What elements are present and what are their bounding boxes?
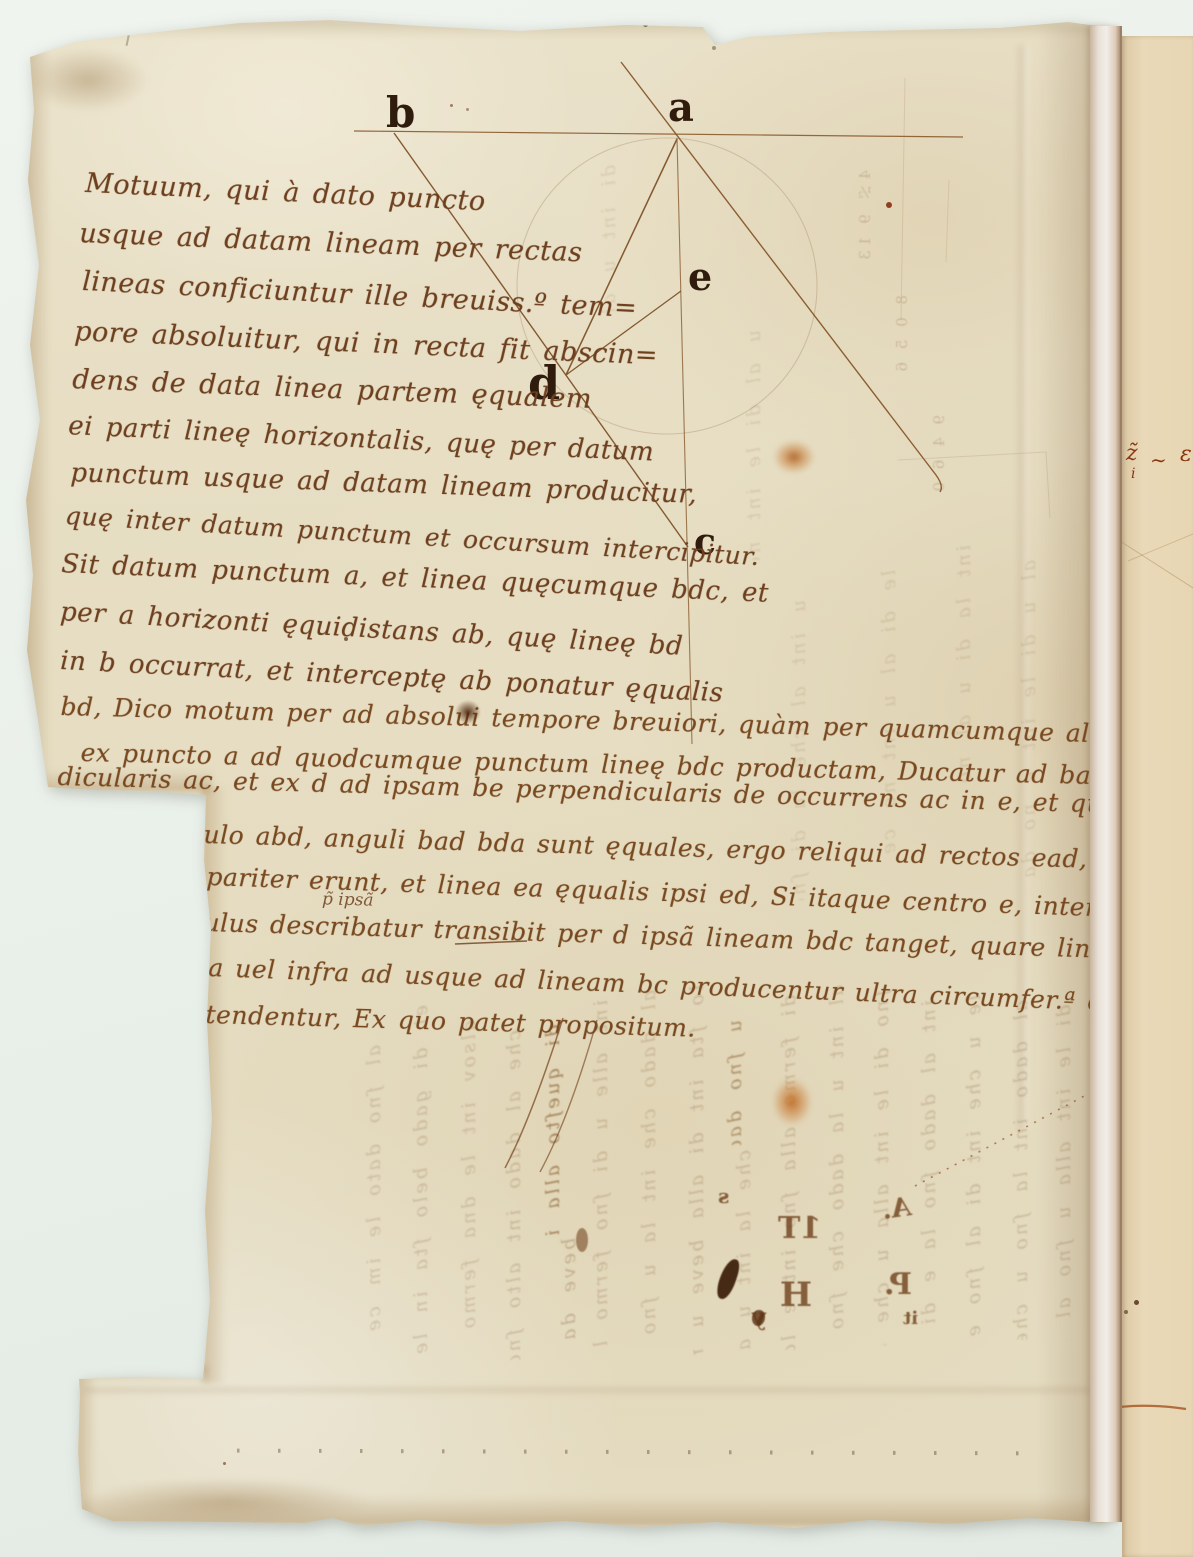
main-page: al ſno dato le im ce no et di gado belo … xyxy=(0,0,1193,1557)
ghost-letter: H xyxy=(780,1278,812,1312)
ghost-column: che al dado int alto ſno e la xyxy=(505,1030,524,1360)
ink-speck xyxy=(643,22,648,27)
binding-strip xyxy=(1090,26,1122,1522)
manuscript-line: punctum usque ad datam lineam producitur… xyxy=(70,458,698,510)
manuscript-photo: al ſno dato le im ce no et di gado belo … xyxy=(0,0,1193,1557)
ink-speck xyxy=(886,202,892,208)
paper-edge-shading-top xyxy=(30,18,1100,38)
paper-edge-stain-bottomleft xyxy=(82,1478,372,1526)
manuscript-line: ei parti lineę horizontalis, quę per dat… xyxy=(68,411,655,468)
ghost-letter: P. xyxy=(884,1270,912,1300)
stain xyxy=(773,440,815,474)
ghost-column: le u che int di al ſno e la da xyxy=(965,995,984,1340)
rust-line xyxy=(1122,1406,1186,1409)
ghost-table-line xyxy=(946,180,949,262)
ghost-letter: it xyxy=(903,1310,918,1328)
fragment-mark: z̃ xyxy=(1126,441,1138,466)
ghost-table-line xyxy=(901,78,905,320)
ghost-column: al dado che int la u ſno e di xyxy=(640,990,659,1350)
fragment-line xyxy=(1128,534,1193,561)
ghost-column: u ſno dado xyxy=(726,1020,745,1145)
fragment-line xyxy=(1122,541,1193,588)
ink-speck xyxy=(1124,1310,1128,1314)
manuscript-line: pore absoluitur, qui in recta fit abscin… xyxy=(74,316,659,371)
diagram-label-b: b xyxy=(386,92,415,134)
ghost-letter: 1T xyxy=(778,1214,821,1244)
ghost-column: u al di le int no xyxy=(745,330,764,560)
ghost-column: al dado int la ſno u che di e xyxy=(1012,1000,1031,1340)
ink-speck xyxy=(712,46,716,50)
ghost-column: beve dado int xyxy=(560,1238,579,1343)
paper-fiber xyxy=(126,22,133,46)
manuscript-line: Motuum, qui à dato puncto xyxy=(85,168,487,217)
ghost-letter: A. xyxy=(880,1194,913,1224)
diagram-label-a: a xyxy=(668,88,694,128)
ink-speck xyxy=(450,104,453,107)
paper-edge-shading-left xyxy=(22,50,50,795)
fold-crease-horizontal xyxy=(85,1386,1090,1394)
ghost-column: int alle u di ſno fermo la ce xyxy=(592,1000,611,1350)
adjacent-page-diagram-fragment xyxy=(1122,36,1193,1557)
manuscript-line: lineas conficiuntur ille breuiss.º tem= xyxy=(81,266,637,324)
interlinear-correction: p̃ ipsã xyxy=(322,889,374,910)
ink-speck xyxy=(223,1462,226,1465)
ghost-number-stack: 8 0 5 6 xyxy=(893,295,911,420)
ghost-column: et di gado belo ſta in le da xyxy=(412,1005,431,1365)
manuscript-line: dens de data linea partem ęqualem xyxy=(72,364,593,415)
ghost-letter: s xyxy=(718,1186,729,1206)
ghost-number-stack: 4½ 9 13 xyxy=(856,170,874,285)
paper-edge-shading-topleft xyxy=(28,48,148,112)
adjacent-page: z̃ ∼ ε i xyxy=(1122,36,1193,1557)
ghost-column: int al dado ſno la e di u le xyxy=(920,1000,939,1340)
diagram-label-e: e xyxy=(688,258,712,296)
ink-blob xyxy=(576,1228,588,1252)
ghost-column: di le int alla u ſno al che e xyxy=(1055,1005,1074,1340)
ghost-column: al ſno dato le im ce no xyxy=(365,1045,384,1345)
manuscript-line: usque ad datam lineam per rectas xyxy=(79,218,583,268)
ghost-column: al int u la dado che ſno di le xyxy=(828,985,847,1345)
stain xyxy=(772,1078,812,1126)
ghost-column: di queſto alla int u le ſno da xyxy=(544,1025,563,1240)
ghost-column: alsov int le dna fermo av se xyxy=(460,1020,479,1350)
ink-speck xyxy=(1134,1300,1139,1305)
manuscript-line: tendentur, Ex quo patet propositum. xyxy=(205,1000,696,1043)
diagram-line-horizontal-ba xyxy=(354,131,963,137)
fragment-mark: ε xyxy=(1180,442,1192,467)
ghost-number-stack: 9 4 6 0 xyxy=(930,415,948,525)
fragment-mark: ∼ xyxy=(1150,448,1167,472)
ink-speck xyxy=(466,108,469,111)
dotted-fold-line xyxy=(237,1449,1040,1456)
ink-blob xyxy=(455,700,481,724)
fragment-mark: i xyxy=(1131,466,1135,482)
main-page-wrap: al ſno dato le im ce no et di gado belo … xyxy=(0,0,1193,1557)
ink-speck xyxy=(344,637,348,641)
